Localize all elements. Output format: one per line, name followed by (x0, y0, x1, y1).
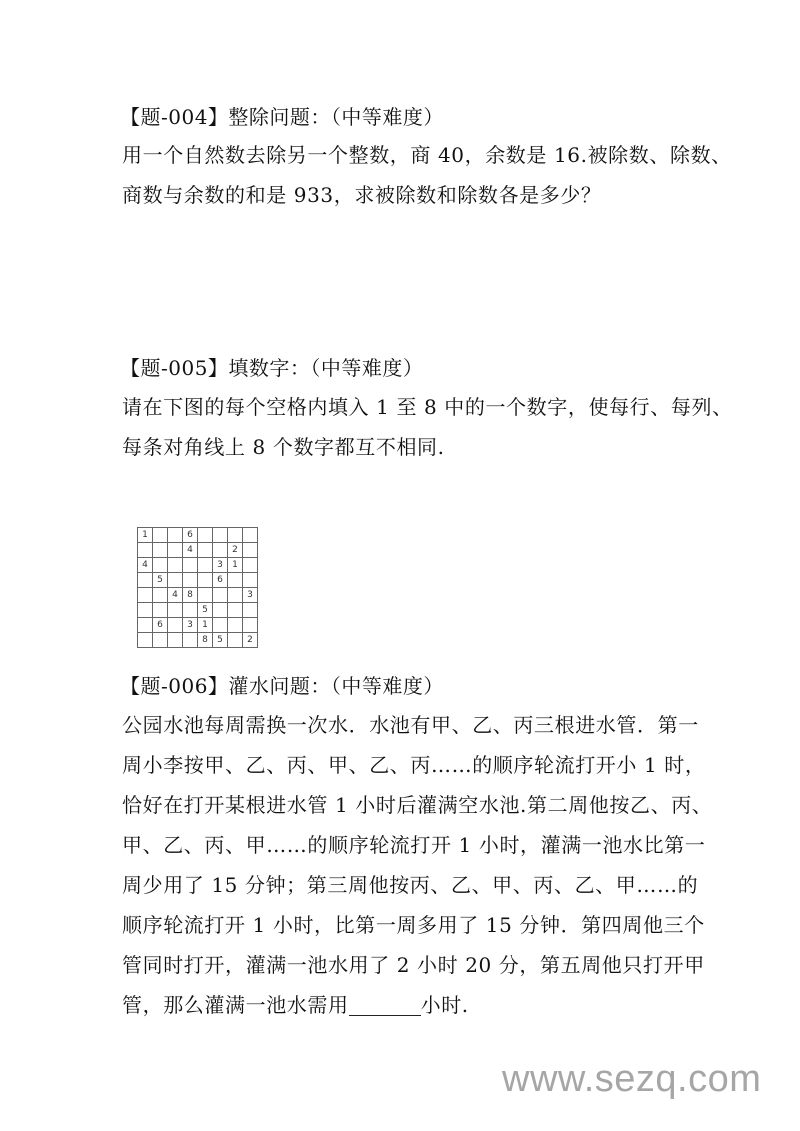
grid-cell (243, 603, 258, 618)
answer-blank (349, 991, 421, 1016)
grid-cell (213, 528, 228, 543)
grid-cell: 8 (183, 588, 198, 603)
problem-006-title: 【题-006】灌水问题：（中等难度） (120, 666, 444, 706)
grid-cell (183, 633, 198, 648)
problem-006-line-5: 周少用了 15 分钟；第三周他按丙、乙、甲、丙、乙、甲……的 (122, 865, 682, 905)
problem-006-line-3: 恰好在打开某根进水管 1 小时后灌满空水池.第二周他按乙、丙、 (122, 785, 682, 825)
grid-row: 5 6 (138, 573, 258, 588)
grid-cell (168, 573, 183, 588)
problem-004-line-1: 用一个自然数去除另一个整数，商 40，余数是 16.被除数、除数、 (122, 135, 682, 175)
grid-row: 1 6 (138, 528, 258, 543)
problem-006-text-after-blank: 小时. (421, 993, 469, 1017)
grid-cell (168, 633, 183, 648)
grid-cell (228, 603, 243, 618)
grid-cell (228, 573, 243, 588)
problem-004-body: 用一个自然数去除另一个整数，商 40，余数是 16.被除数、除数、 商数与余数的… (122, 135, 682, 215)
grid-cell (153, 633, 168, 648)
grid-cell: 1 (138, 528, 153, 543)
grid-cell: 2 (243, 633, 258, 648)
grid-row: 5 (138, 603, 258, 618)
grid-cell: 4 (138, 558, 153, 573)
grid-cell (198, 588, 213, 603)
grid-cell: 3 (213, 558, 228, 573)
grid-cell (138, 603, 153, 618)
grid-cell (168, 558, 183, 573)
grid-cell (228, 528, 243, 543)
grid-cell (198, 558, 213, 573)
problem-005-line-1: 请在下图的每个空格内填入 1 至 8 中的一个数字，使每行、每列、 (122, 387, 682, 427)
grid-cell (153, 588, 168, 603)
grid-row: 4 3 1 (138, 558, 258, 573)
grid-cell (183, 603, 198, 618)
grid-cell: 8 (198, 633, 213, 648)
grid-cell: 1 (228, 558, 243, 573)
grid-cell: 5 (198, 603, 213, 618)
problem-006-line-4: 甲、乙、丙、甲……的顺序轮流打开 1 小时，灌满一池水比第一 (122, 825, 682, 865)
problem-006-line-1: 公园水池每周需换一次水．水池有甲、乙、丙三根进水管．第一 (122, 705, 682, 745)
grid-cell (138, 588, 153, 603)
grid-cell: 5 (153, 573, 168, 588)
grid-row: 4 2 (138, 543, 258, 558)
grid-cell (138, 573, 153, 588)
problem-006-line-8: 管，那么灌满一池水需用小时. (122, 985, 682, 1025)
grid-cell (153, 603, 168, 618)
grid-cell: 6 (183, 528, 198, 543)
grid-cell (243, 528, 258, 543)
grid-cell (228, 588, 243, 603)
grid-cell (228, 633, 243, 648)
grid-cell: 1 (198, 618, 213, 633)
grid-cell (138, 633, 153, 648)
grid-row: 8 5 2 (138, 633, 258, 648)
watermark: www.sezq.com (502, 1058, 761, 1101)
grid-cell (183, 573, 198, 588)
grid-cell (213, 603, 228, 618)
grid-cell: 6 (213, 573, 228, 588)
grid-cell (168, 603, 183, 618)
problem-004-line-2: 商数与余数的和是 933，求被除数和除数各是多少？ (122, 175, 682, 215)
problem-005-line-2: 每条对角线上 8 个数字都互不相同. (122, 427, 682, 467)
grid-cell: 3 (183, 618, 198, 633)
grid-cell (243, 558, 258, 573)
problem-006-text-before-blank: 管，那么灌满一池水需用 (122, 993, 349, 1017)
grid-cell (183, 558, 198, 573)
grid-cell: 5 (213, 633, 228, 648)
grid-cell (228, 618, 243, 633)
grid-cell (168, 618, 183, 633)
problem-005-body: 请在下图的每个空格内填入 1 至 8 中的一个数字，使每行、每列、 每条对角线上… (122, 387, 682, 467)
grid-cell (198, 528, 213, 543)
number-grid-8x8: 1 6 4 2 4 3 1 (137, 527, 258, 648)
grid-cell (243, 618, 258, 633)
grid-cell (153, 558, 168, 573)
grid-cell (138, 543, 153, 558)
grid-cell (138, 618, 153, 633)
grid-cell: 4 (168, 588, 183, 603)
grid-cell (213, 588, 228, 603)
problem-005-title: 【题-005】填数字：（中等难度） (120, 348, 423, 388)
grid-cell: 3 (243, 588, 258, 603)
grid-row: 4 8 3 (138, 588, 258, 603)
grid-cell (168, 528, 183, 543)
grid-cell (243, 543, 258, 558)
problem-004-title: 【题-004】整除问题：（中等难度） (120, 97, 444, 137)
problem-006-line-6: 顺序轮流打开 1 小时，比第一周多用了 15 分钟．第四周他三个 (122, 905, 682, 945)
problem-006-body: 公园水池每周需换一次水．水池有甲、乙、丙三根进水管．第一 周小李按甲、乙、丙、甲… (122, 705, 682, 1025)
grid-cell (153, 543, 168, 558)
grid-cell: 2 (228, 543, 243, 558)
grid-cell (198, 543, 213, 558)
grid-row: 6 3 1 (138, 618, 258, 633)
grid-cell (213, 543, 228, 558)
grid-cell (213, 618, 228, 633)
grid-cell: 6 (153, 618, 168, 633)
problem-006-line-7: 管同时打开，灌满一池水用了 2 小时 20 分，第五周他只打开甲 (122, 945, 682, 985)
grid-cell (168, 543, 183, 558)
grid-cell (243, 573, 258, 588)
grid-cell (153, 528, 168, 543)
grid-cell: 4 (183, 543, 198, 558)
problem-006-line-2: 周小李按甲、乙、丙、甲、乙、丙……的顺序轮流打开小 1 时， (122, 745, 682, 785)
grid-cell (198, 573, 213, 588)
